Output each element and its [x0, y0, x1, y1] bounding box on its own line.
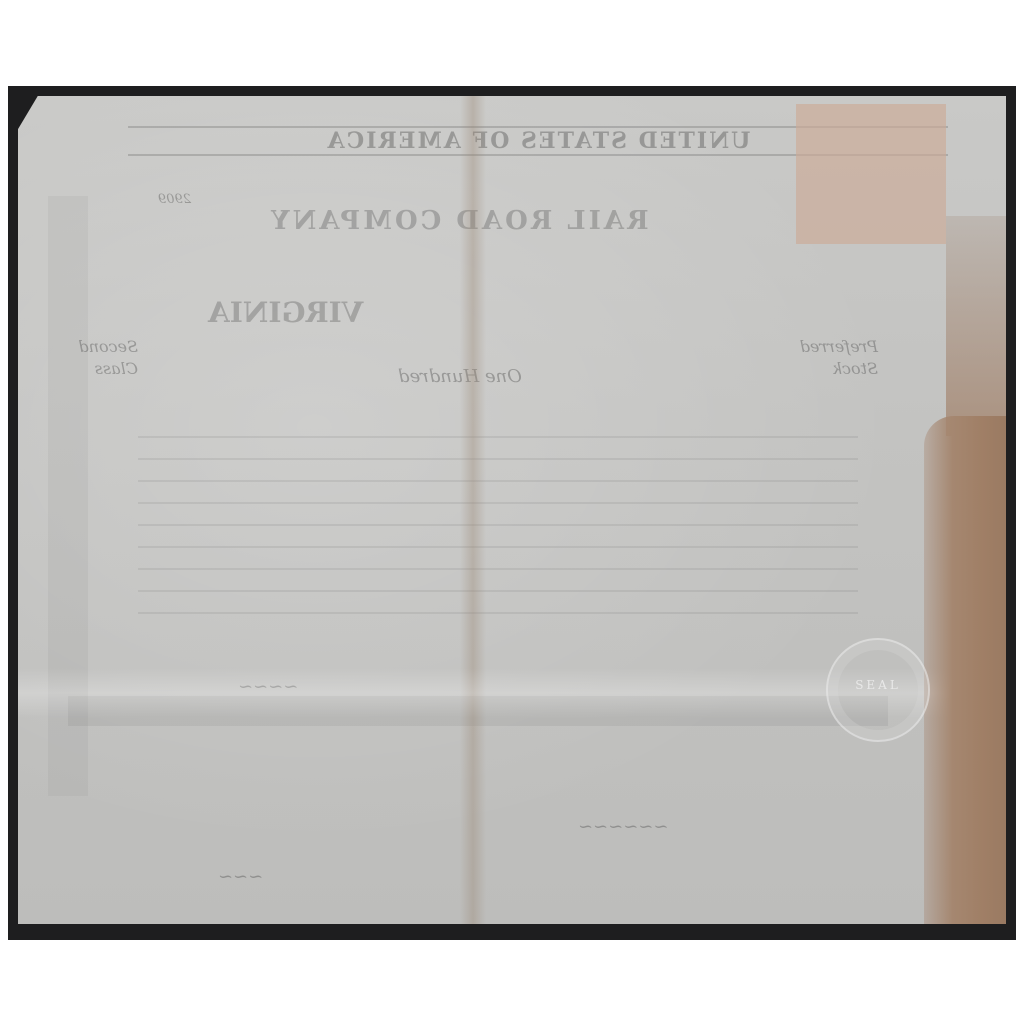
seal-text: SEAL: [828, 678, 928, 692]
vertical-fold-crease: [460, 96, 486, 924]
ghost-company-name: RAIL ROAD COMPANY: [268, 206, 649, 236]
ghost-stock-type-label: Preferred Stock: [808, 336, 878, 380]
ghost-serial-number: 2909: [158, 192, 191, 207]
signature: ~~~: [218, 866, 263, 887]
ghost-state: VIRGINIA: [208, 296, 364, 329]
signature: ~~~~~~: [578, 816, 669, 837]
certificate-paper: UNITED STATES OF AMERICA RAIL ROAD COMPA…: [18, 96, 1006, 924]
ghost-body-text-lines: [138, 436, 858, 616]
right-edge-stain: [924, 416, 1006, 924]
top-right-stain: [796, 104, 946, 244]
ghost-class-label: Second Class: [68, 336, 138, 380]
embossed-seal: SEAL: [826, 638, 930, 742]
right-edge-stain-upper: [946, 216, 1006, 436]
